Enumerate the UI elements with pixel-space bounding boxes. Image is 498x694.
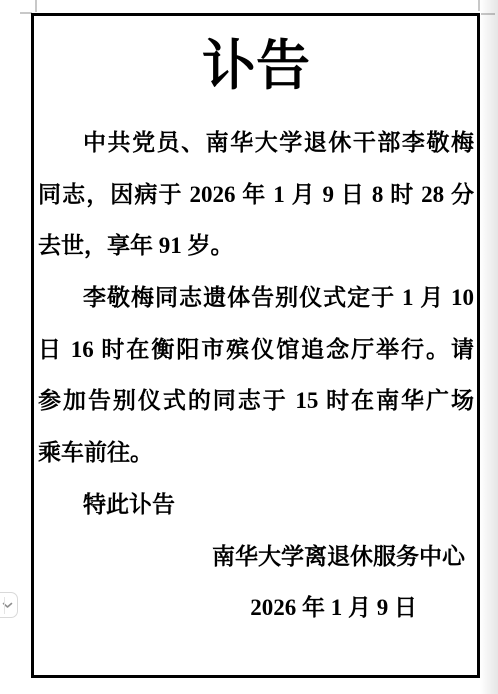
crop-mark-top-right-horizontal <box>481 13 495 15</box>
notice-content: 讣告 中共党员、南华大学退休干部李敬梅 同志，因病于 2026 年 1 月 9 … <box>34 16 477 675</box>
date-line: 2026 年 1 月 9 日 <box>38 582 474 634</box>
notice-closing-line: 特此讣告 <box>38 479 474 531</box>
notice-line: 同志，因病于 2026 年 1 月 9 日 8 时 28 分 <box>38 169 474 221</box>
document-page: 讣告 中共党员、南华大学退休干部李敬梅 同志，因病于 2026 年 1 月 9 … <box>0 0 498 694</box>
notice-line: 去世，享年 91 岁。 <box>38 220 474 272</box>
crop-mark-top-right-vertical <box>478 0 480 11</box>
notice-line: 乘车前往。 <box>38 427 474 479</box>
notice-line: 李敬梅同志遗体告别仪式定于 1 月 10 <box>38 272 474 324</box>
crop-mark-top-left-vertical <box>35 0 37 12</box>
notice-border-box: 讣告 中共党员、南华大学退休干部李敬梅 同志，因病于 2026 年 1 月 9 … <box>31 13 480 678</box>
notice-title: 讣告 <box>38 16 474 117</box>
button-divider <box>4 597 5 614</box>
notice-line: 中共党员、南华大学退休干部李敬梅 <box>38 117 474 169</box>
signature-line: 南华大学离退休服务中心 <box>38 531 474 583</box>
page-edge-button[interactable] <box>0 592 18 618</box>
notice-line: 参加告别仪式的同志于 15 时在南华广场 <box>38 375 474 427</box>
notice-line: 日 16 时在衡阳市殡仪馆追念厅举行。请 <box>38 324 474 376</box>
page-edge-shadow <box>480 0 498 694</box>
